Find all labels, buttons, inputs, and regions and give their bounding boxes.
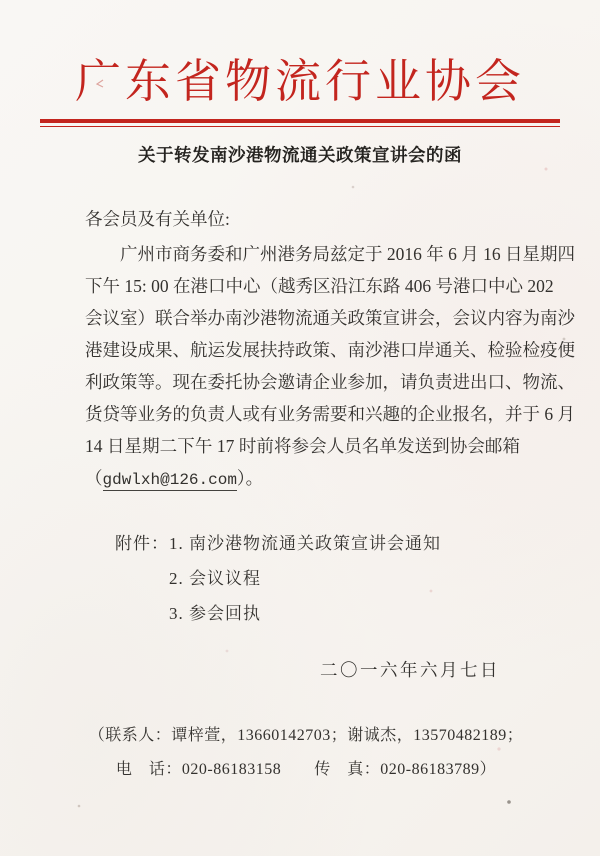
attachments-block: 附件： 1. 南沙港物流通关政策宣讲会通知 2. 会议议程 3. 参会回执	[115, 526, 540, 631]
contact-persons-line: （联系人：谭梓萱，13660142703；谢诚杰，13570482189；	[6, 719, 600, 753]
body-line: 14 日星期二下午 17 时前将参会人员名单发送到协会邮箱	[85, 430, 520, 462]
letter-date: 二〇一六年六月七日	[0, 657, 500, 682]
attachments-list: 1. 南沙港物流通关政策宣讲会通知 2. 会议议程 3. 参会回执	[169, 526, 540, 631]
body-line: 广州市商务委和广州港务局兹定于 2016 年 6 月 16 日星期四	[85, 238, 520, 270]
email-open-paren: （	[85, 468, 103, 488]
email-line: （gdwlxh@126.com）。	[85, 462, 520, 496]
attachments-label: 附件：	[115, 526, 169, 631]
email-close-paren: ）。	[237, 468, 263, 488]
association-email: gdwlxh@126.com	[103, 471, 237, 491]
attachment-item: 3. 参会回执	[169, 596, 540, 631]
org-title: 广东省物流行业协会	[0, 0, 600, 112]
scanned-letter-page: 广东省物流行业协会 关于转发南沙港物流通关政策宣讲会的函 各会员及有关单位: 广…	[0, 0, 600, 856]
body-paragraph: 广州市商务委和广州港务局兹定于 2016 年 6 月 16 日星期四 下午 15…	[85, 238, 520, 462]
letter-body: 各会员及有关单位: 广州市商务委和广州港务局兹定于 2016 年 6 月 16 …	[85, 203, 520, 496]
phone-fax-line: 电 话：020-86183158 传 真：020-86183789）	[6, 753, 600, 787]
body-line: 会议室）联合举办南沙港物流通关政策宣讲会，会议内容为南沙	[85, 302, 520, 334]
contact-info: （联系人：谭梓萱，13660142703；谢诚杰，13570482189； 电 …	[0, 719, 600, 787]
body-line: 港建设成果、航运发展扶持政策、南沙港口岸通关、检验检疫便	[85, 334, 520, 366]
attachment-item: 1. 南沙港物流通关政策宣讲会通知	[169, 526, 540, 561]
letter-subject: 关于转发南沙港物流通关政策宣讲会的函	[0, 142, 600, 167]
salutation: 各会员及有关单位:	[85, 203, 520, 235]
body-line: 利政策等。现在委托协会邀请企业参加，请负责进出口、物流、	[85, 366, 520, 398]
body-line: 货贷等业务的负责人或有业务需要和兴趣的企业报名，并于 6 月	[85, 398, 520, 430]
attachment-item: 2. 会议议程	[169, 561, 540, 596]
header-double-rule	[40, 119, 560, 127]
body-line: 下午 15: 00 在港口中心（越秀区沿江东路 406 号港口中心 202	[85, 270, 520, 302]
